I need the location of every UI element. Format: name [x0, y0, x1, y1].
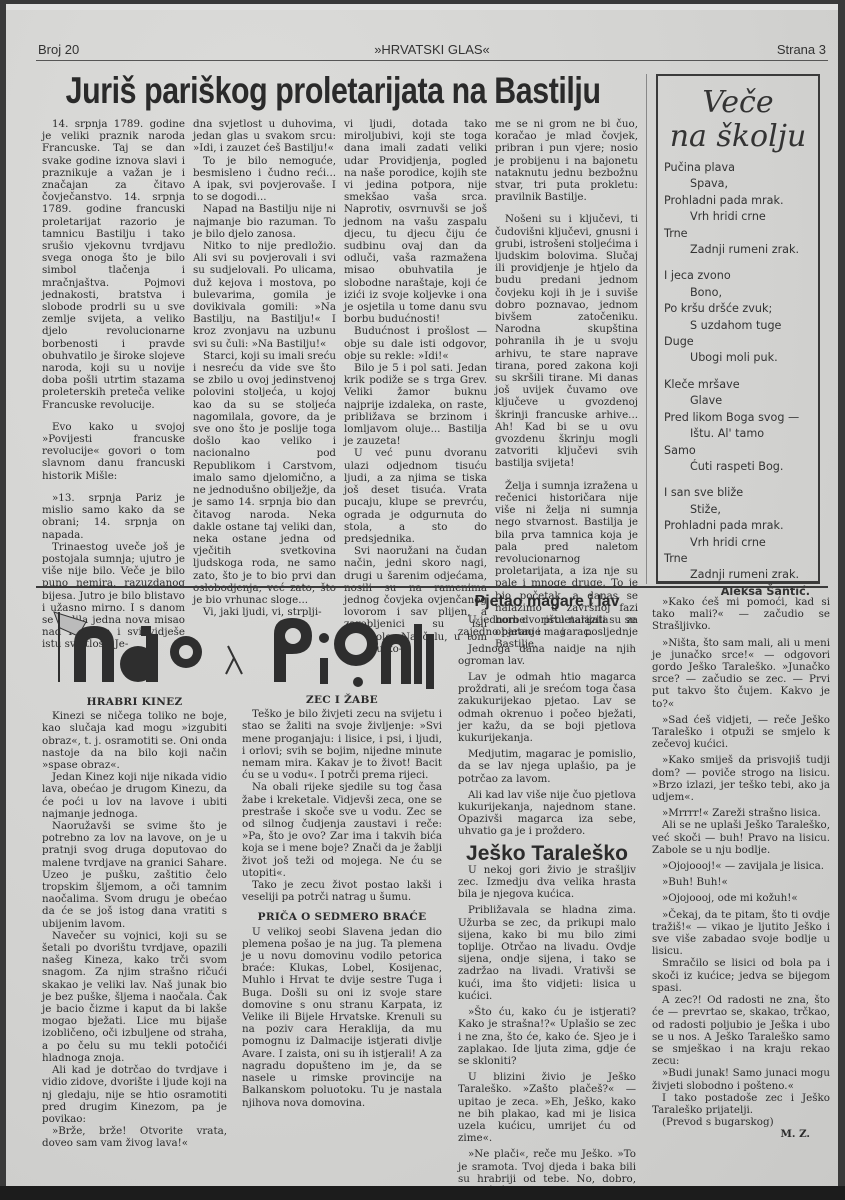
translation-note: (Prevod s bugarskog) — [652, 1116, 830, 1128]
verse: Trne — [664, 226, 818, 242]
main-article-body: 14. srpnja 1789. godine je veliki prazni… — [42, 118, 638, 583]
story-zec-i-zabe: ZEC I ŽABE Teško je bilo živjeti zecu na… — [242, 694, 442, 1109]
verse: Kleče mršave — [664, 377, 818, 393]
paragraph: »Ojojoooj, ode mi kožuh!« — [652, 892, 830, 904]
paragraph: »Mrrrr!« Zareži strašno lisica. — [652, 807, 830, 819]
stanza: Pučina plava Spava, Prohladni pada mrak.… — [664, 160, 818, 258]
story-title: ZEC I ŽABE — [242, 694, 442, 706]
story-title: Pjetao magare i lav — [458, 596, 636, 608]
paragraph: Ali kad je dotrčao do tvrdjave i vidio z… — [42, 1064, 227, 1125]
verse: Prohladni pada mrak. — [664, 193, 818, 209]
poem-box: Veče na školju Pučina plava Spava, Prohl… — [656, 74, 820, 584]
article-column-3: vi ljudi, dotada tako miroljubivi, koji … — [344, 118, 487, 583]
section-divider — [36, 586, 828, 588]
paragraph: Budućnost i prošlost — obje su dale isti… — [344, 325, 487, 362]
paragraph: »Kako smiješ da prisvojiš tudji dom? — p… — [652, 754, 830, 803]
paragraph: Kinezi se ničega toliko ne boje, kao slu… — [42, 710, 227, 771]
poem-title-line: Veče — [658, 86, 818, 120]
verse: Samo — [664, 443, 818, 459]
paragraph: Bilo je 5 i pol sati. Jedan krik podiže … — [344, 362, 487, 447]
verse: Stiže, — [664, 502, 818, 518]
paragraph: Medjutim, magarac je pomislio, da se lav… — [458, 748, 636, 785]
page-number: Strana 3 — [777, 42, 826, 57]
story-title: PRIČA O SEDMERO BRAĆE — [242, 911, 442, 923]
paragraph: Na obali rijeke sjedile su tog časa žabe… — [242, 781, 442, 879]
paragraph: Naoružavši se svime što je potrebno za l… — [42, 820, 227, 930]
verse: Glave — [664, 393, 818, 409]
verse: Trne — [664, 551, 818, 567]
verse: Vrh hridi crne — [664, 209, 818, 225]
paragraph: »Brže, brže! Otvorite vrata, doveo sam v… — [42, 1125, 227, 1149]
paragraph: A zec?! Od radosti ne zna, što će — prev… — [652, 994, 830, 1067]
paragraph: »Ojojoooj!« — zavijala je lisica. — [652, 860, 830, 872]
paragraph: »Kako ćeš mi pomoći, kad si tako mali?« … — [652, 596, 830, 633]
verse: Zadnji rumeni zrak. — [664, 567, 818, 583]
paragraph: U već punu dvoranu ulazi odjednom tisuću… — [344, 447, 487, 545]
paragraph: U jednom dvorištu nalazili su se zajedno… — [458, 614, 636, 638]
verse: Pred likom Boga svog — — [664, 410, 818, 426]
paragraph: Jednoga dana naidje na njih ogroman lav. — [458, 643, 636, 667]
paragraph: 14. srpnja 1789. godine je veliki prazni… — [42, 118, 185, 411]
nas-pioniri-logo-illustration — [46, 604, 436, 689]
paragraph: U blizini živio je Ješko Taraleško. »Zaš… — [458, 1071, 636, 1144]
paragraph: »Što ću, kako ću je istjerati? Kako je s… — [458, 1006, 636, 1067]
page-header: Broj 20 »HRVATSKI GLAS« Strana 3 — [36, 40, 828, 61]
article-column-1: 14. srpnja 1789. godine je veliki prazni… — [42, 118, 185, 583]
verse: Pučina plava — [664, 160, 818, 176]
paragraph: I tako postadoše zec i Ješko Taraleško p… — [652, 1092, 830, 1116]
verse: I san sve bliže — [664, 485, 818, 501]
stanza: I san sve bliže Stiže, Prohladni pada mr… — [664, 485, 818, 583]
paragraph: Evo kako u svojoj »Povijesti francuske r… — [42, 421, 185, 482]
paragraph: Smračilo se lisici od bola pa i skoči iz… — [652, 957, 830, 994]
paragraph: »Buh! Buh!« — [652, 876, 830, 888]
verse: I jeca zvono — [664, 268, 818, 284]
article-column-2: dna svjetlost u duhovima, jedan glas u s… — [193, 118, 336, 583]
paragraph: vi ljudi, dotada tako miroljubivi, koji … — [344, 118, 487, 325]
story-title: Ješko Taraleško — [458, 848, 636, 860]
paragraph: Napad na Bastilju nije ni najmanje bio r… — [193, 203, 336, 240]
paragraph: me se ni grom ne bi čuo, koračao je mlad… — [495, 118, 638, 203]
paragraph: »Sad ćeš vidjeti, — reče Ješko Taraleško… — [652, 714, 830, 751]
poem-title: Veče na školju — [658, 86, 818, 154]
verse: Prohladni pada mrak. — [664, 518, 818, 534]
paragraph: dna svjetlost u duhovima, jedan glas u s… — [193, 118, 336, 155]
column-divider — [646, 74, 647, 584]
poem-title-line: na školju — [658, 120, 818, 154]
page-top-edge — [6, 4, 838, 10]
paragraph: Teško je bilo živjeti zecu na svijetu i … — [242, 708, 442, 781]
author-signature: M. Z. — [652, 1128, 830, 1140]
story-pjetao-magare-lav: Pjetao magare i lav U jednom dvorištu na… — [458, 596, 636, 1197]
paragraph: Navečer su vojnici, koji su se šetali po… — [42, 930, 227, 1064]
verse: Bono, — [664, 285, 818, 301]
paragraph: Ali se ne uplaši Ješko Taraleško, već sk… — [652, 819, 830, 856]
paragraph: Starci, koji su imali sreću i nesreću da… — [193, 350, 336, 606]
stanza: Kleče mršave Glave Pred likom Boga svog … — [664, 377, 818, 475]
verse: Zadnji rumeni zrak. — [664, 242, 818, 258]
verse: Ištu. Al' tamo — [664, 426, 818, 442]
newspaper-page: Broj 20 »HRVATSKI GLAS« Strana 3 Juriš p… — [6, 4, 838, 1194]
story-jesko-taralesko-continued: »Kako ćeš mi pomoći, kad si tako mali?« … — [652, 596, 830, 1141]
paragraph: Jedan Kinez koji nije nikada vidio lava,… — [42, 771, 227, 820]
paragraph: »Budi junak! Samo junaci mogu živjeti sl… — [652, 1067, 830, 1091]
paragraph: »Ništa, što sam mali, ali u meni je juna… — [652, 637, 830, 710]
verse: Spava, — [664, 176, 818, 192]
story-hrabri-kinez: HRABRI KINEZ Kinezi se ničega toliko ne … — [42, 696, 227, 1150]
story-title: HRABRI KINEZ — [42, 696, 227, 708]
main-headline: Juriš pariškog proletarijata na Bastilju — [42, 70, 624, 112]
paragraph: Tako je zecu život postao lakši i veseli… — [242, 879, 442, 903]
scan-bottom-edge — [0, 1186, 845, 1200]
verse: Po kršu dršće zvuk; — [664, 301, 818, 317]
newspaper-name: »HRVATSKI GLAS« — [36, 42, 828, 57]
verse: Duge — [664, 334, 818, 350]
paragraph: Ali kad lav više nije čuo pjetlova kukur… — [458, 789, 636, 838]
article-column-4: me se ni grom ne bi čuo, koračao je mlad… — [495, 118, 638, 583]
paragraph: Približavala se hladna zima. Užurba se z… — [458, 904, 636, 1002]
paragraph: Nitko to nije predložio. Ali svi su povj… — [193, 240, 336, 350]
poem-lines: Pučina plava Spava, Prohladni pada mrak.… — [658, 154, 818, 600]
paragraph: U velikoj seobi Slavena jedan dio plemen… — [242, 926, 442, 1109]
paragraph: »13. srpnja Pariz je mislio samo kako da… — [42, 492, 185, 541]
stanza: I jeca zvono Bono, Po kršu dršće zvuk; S… — [664, 268, 818, 366]
paragraph: U nekoj gori živio je strašljiv zec. Izm… — [458, 864, 636, 901]
verse: Ćuti raspeti Bog. — [664, 459, 818, 475]
paragraph: To je bilo nemoguće, besmisleno i čudno … — [193, 155, 336, 204]
paragraph: »Čekaj, da te pitam, što ti ovdje tražiš… — [652, 909, 830, 958]
verse: S uzdahom tuge — [664, 318, 818, 334]
paragraph: Nošeni su i ključevi, ti čudovišni ključ… — [495, 213, 638, 469]
verse: Vrh hridi crne — [664, 535, 818, 551]
verse: Ubogi moli puk. — [664, 350, 818, 366]
paragraph: Lav je odmah htio magarca proždrati, ali… — [458, 671, 636, 744]
